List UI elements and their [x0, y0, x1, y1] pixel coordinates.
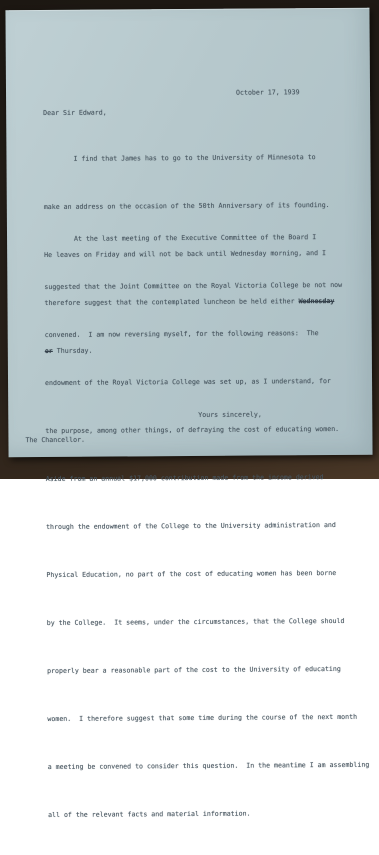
letter-line: endowment of the Royal Victoria College …: [45, 373, 367, 391]
letter-closing: Yours sincerely,: [198, 406, 262, 422]
letter-paper: October 17, 1939 Dear Sir Edward, I find…: [5, 8, 372, 458]
letter-signature-title: The Chancellor.: [25, 432, 85, 448]
letter-line: I find that James has to go to the Unive…: [43, 149, 333, 167]
letter-paragraph-2: At the last meeting of the Executive Com…: [44, 197, 370, 479]
dark-mat-background: October 17, 1939 Dear Sir Edward, I find…: [0, 0, 379, 479]
letter-line: At the last meeting of the Executive Com…: [44, 229, 366, 247]
letter-line: suggested that the Joint Committee on th…: [44, 277, 366, 295]
letter-line: the purpose, among other things, of defr…: [45, 421, 367, 439]
letter-line: convened. I am now reversing myself, for…: [45, 325, 367, 343]
letter-line: Aside from an annual $17,000 contributio…: [46, 469, 368, 479]
letter-date: October 17, 1939: [236, 84, 300, 100]
